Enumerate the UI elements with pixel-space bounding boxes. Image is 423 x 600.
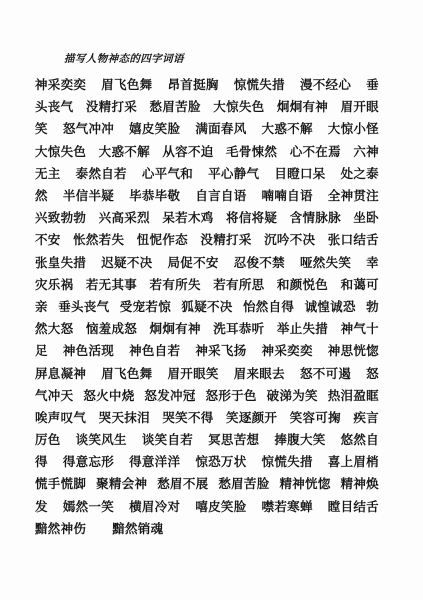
idiom-word: 兴高采烈	[99, 208, 150, 226]
idiom-word: 和蔼可	[341, 275, 379, 293]
idiom-line: 得得意忘形得意洋洋惊恐万状惊慌失措喜上眉梢	[35, 450, 379, 472]
idiom-word: 捧腹大笑	[274, 430, 325, 448]
idiom-word: 受宠若惊	[120, 297, 171, 315]
idiom-word: 勃	[366, 297, 379, 315]
idiom-word: 狐疑不决	[181, 297, 232, 315]
idiom-word: 喃喃自语	[262, 186, 313, 204]
idiom-word: 从容不迫	[162, 142, 213, 160]
idiom-word: 举止失措	[277, 319, 328, 337]
idiom-word: 黯然神伤	[35, 519, 86, 537]
idiom-word: 恼羞成怒	[86, 319, 137, 337]
idiom-word: 愁眉苦脸	[150, 97, 201, 115]
idiom-word: 怒发冲冠	[144, 386, 195, 404]
idiom-line: 亲垂头丧气受宠若惊狐疑不决怡然自得诚惶诚恐勃	[35, 295, 379, 317]
idiom-word: 嬉皮笑脸	[129, 119, 180, 137]
idiom-word: 局促不安	[167, 253, 218, 271]
idiom-line: 神采奕奕眉飞色舞昂首挺胸惊慌失措漫不经心垂	[35, 73, 379, 95]
idiom-word: 哑然失笑	[300, 253, 351, 271]
idiom-word: 得	[35, 452, 48, 470]
idiom-word: 幸	[366, 253, 379, 271]
idiom-word: 精神恍惚	[279, 474, 330, 492]
idiom-word: 漫不经心	[300, 75, 351, 93]
idiom-word: 哭笑不得	[162, 408, 213, 426]
idiom-word: 毛骨悚然	[226, 142, 277, 160]
idiom-word: 然	[35, 186, 48, 204]
idiom-word: 破涕为笑	[267, 386, 318, 404]
idiom-word: 聚精会神	[96, 474, 147, 492]
idiom-word: 精神焕	[341, 474, 379, 492]
idiom-word: 怒火中烧	[83, 386, 134, 404]
idiom-word: 目瞪口呆	[274, 164, 325, 182]
idiom-word: 全神贯注	[328, 186, 379, 204]
page-title: 描写人物神态的四字词语	[64, 51, 184, 66]
idiom-word: 没精打采	[86, 97, 137, 115]
idiom-word: 神采奕奕	[262, 341, 313, 359]
idiom-word: 发	[35, 497, 48, 515]
idiom-line: 气冲天怒火中烧怒发冲冠怒形于色破涕为笑热泪盈眶	[35, 384, 379, 406]
idiom-word: 横眉冷对	[129, 497, 180, 515]
idiom-word: 愁眉不展	[157, 474, 208, 492]
idiom-word: 神思恍惚	[328, 341, 379, 359]
idiom-line: 不安怅然若失忸怩作态没精打采沉吟不决张口结舌	[35, 228, 379, 250]
idiom-word: 笑容可掬	[290, 408, 341, 426]
idiom-word: 怒气冲冲	[63, 119, 114, 137]
idiom-word: 笑逐颜开	[226, 408, 277, 426]
idiom-word: 哭天抹泪	[99, 408, 150, 426]
idiom-word: 笑	[35, 119, 48, 137]
idiom-line: 兴致勃勃兴高采烈呆若木鸡将信将疑含情脉脉坐卧	[35, 206, 379, 228]
idiom-word: 忸怩作态	[137, 230, 188, 248]
idiom-word: 亲	[35, 297, 48, 315]
idiom-word: 眉开眼笑	[167, 364, 218, 382]
idiom-word: 足	[35, 341, 48, 359]
idiom-word: 垂	[366, 75, 379, 93]
idiom-word: 眉飞色舞	[101, 75, 152, 93]
idiom-word: 黯然销魂	[112, 519, 163, 537]
idiom-word: 若有所失	[150, 275, 201, 293]
idiom-word: 屏息凝神	[35, 364, 86, 382]
idiom-word: 头丧气	[35, 97, 73, 115]
idiom-word: 没精打采	[200, 230, 251, 248]
idiom-word: 坐卧	[353, 208, 379, 226]
idiom-word: 怡然自得	[243, 297, 294, 315]
idiom-word: 谈笑风生	[76, 430, 127, 448]
idiom-word: 气冲天	[35, 386, 73, 404]
idiom-word: 得意洋洋	[129, 452, 180, 470]
idiom-word: 唉声叹气	[35, 408, 86, 426]
idiom-word: 惊慌失措	[262, 452, 313, 470]
idiom-line: 唉声叹气哭天抹泪哭笑不得笑逐颜开笑容可掬疾言	[35, 406, 379, 428]
idiom-word: 大惑不解	[99, 142, 150, 160]
idiom-word: 惊恐万状	[195, 452, 246, 470]
idiom-word: 垂头丧气	[58, 297, 109, 315]
idiom-word: 毕恭毕敬	[129, 186, 180, 204]
idiom-word: 慌手慌脚	[35, 474, 86, 492]
idiom-word: 和颜悦色	[277, 275, 328, 293]
idiom-word: 满面春风	[195, 119, 246, 137]
idiom-word: 炯炯有神	[150, 319, 201, 337]
idiom-word: 迟疑不决	[101, 253, 152, 271]
idiom-word: 嘻皮笑脸	[195, 497, 246, 515]
idiom-word: 呆若木鸡	[162, 208, 213, 226]
idiom-word: 诚惶诚恐	[305, 297, 356, 315]
idiom-word: 神采奕奕	[35, 75, 86, 93]
idiom-word: 神气十	[341, 319, 379, 337]
idiom-word: 半信半疑	[63, 186, 114, 204]
idiom-line: 足神色活现神色自若神采飞扬神采奕奕神思恍惚	[35, 339, 379, 361]
idiom-word: 泰然自若	[76, 164, 127, 182]
idiom-word: 兴致勃勃	[35, 208, 86, 226]
idiom-line: 发嫣然一笑横眉冷对嘻皮笑脸噤若寒蝉瞠目结舌	[35, 495, 379, 517]
idiom-word: 将信将疑	[226, 208, 277, 226]
idiom-line: 然半信半疑毕恭毕敬自言自语喃喃自语全神贯注	[35, 184, 379, 206]
idiom-word: 六神	[353, 142, 379, 160]
idiom-word: 喜上眉梢	[328, 452, 379, 470]
idiom-word: 厉色	[35, 430, 61, 448]
idiom-word: 张皇失措	[35, 253, 86, 271]
idiom-word: 含情脉脉	[290, 208, 341, 226]
idiom-word: 得意忘形	[63, 452, 114, 470]
idiom-word: 谈笑自若	[142, 430, 193, 448]
idiom-word: 神采飞扬	[195, 341, 246, 359]
idiom-word: 疾言	[353, 408, 379, 426]
idiom-line: 慌手慌脚聚精会神愁眉不展愁眉苦脸精神恍惚精神焕	[35, 472, 379, 494]
idiom-word: 灾乐祸	[35, 275, 73, 293]
idiom-word: 眉开眼	[341, 97, 379, 115]
idiom-word: 昂首挺胸	[167, 75, 218, 93]
idiom-word: 瞠目结舌	[328, 497, 379, 515]
idiom-word: 自言自语	[195, 186, 246, 204]
idiom-word: 大惑不解	[262, 119, 313, 137]
idiom-word: 愁眉苦脸	[218, 474, 269, 492]
idiom-word: 怒	[366, 364, 379, 382]
idiom-word: 若无其事	[86, 275, 137, 293]
idiom-word: 心不在焉	[290, 142, 341, 160]
idiom-word: 炯炯有神	[277, 97, 328, 115]
idiom-word: 大惊小怪	[328, 119, 379, 137]
idiom-word: 若有所思	[213, 275, 264, 293]
idiom-word: 张口结舌	[328, 230, 379, 248]
idiom-word: 不安	[35, 230, 61, 248]
idiom-word: 无主	[35, 164, 61, 182]
idiom-word: 平心静气	[208, 164, 259, 182]
idiom-word: 怒不可遏	[300, 364, 351, 382]
idiom-word: 沉吟不决	[264, 230, 315, 248]
idiom-word: 悠然自	[341, 430, 379, 448]
idiom-line: 张皇失措迟疑不决局促不安忍俊不禁哑然失笑幸	[35, 251, 379, 273]
idiom-line: 厉色谈笑风生谈笑自若冥思苦想捧腹大笑悠然自	[35, 428, 379, 450]
idiom-word: 神色活现	[63, 341, 114, 359]
idiom-word: 然大怒	[35, 319, 73, 337]
idiom-word: 心平气和	[142, 164, 193, 182]
idiom-line: 无主泰然自若心平气和平心静气目瞪口呆处之泰	[35, 162, 379, 184]
idiom-word: 热泪盈眶	[328, 386, 379, 404]
idiom-line: 灾乐祸若无其事若有所失若有所思和颜悦色和蔼可	[35, 273, 379, 295]
idiom-word: 洗耳恭听	[213, 319, 264, 337]
idiom-list: 神采奕奕眉飞色舞昂首挺胸惊慌失措漫不经心垂头丧气没精打采愁眉苦脸大惊失色炯炯有神…	[35, 73, 379, 539]
idiom-line: 然大怒恼羞成怒炯炯有神洗耳恭听举止失措神气十	[35, 317, 379, 339]
idiom-word: 冥思苦想	[208, 430, 259, 448]
idiom-word: 嫣然一笑	[63, 497, 114, 515]
idiom-word: 神色自若	[129, 341, 180, 359]
document-page: 描写人物神态的四字词语 神采奕奕眉飞色舞昂首挺胸惊慌失措漫不经心垂头丧气没精打采…	[0, 0, 423, 600]
idiom-word: 大惊失色	[213, 97, 264, 115]
idiom-word: 忍俊不禁	[234, 253, 285, 271]
idiom-word: 眉飞色舞	[101, 364, 152, 382]
idiom-word: 怒形于色	[206, 386, 257, 404]
idiom-line: 屏息凝神眉飞色舞眉开眼笑眉来眼去怒不可遏怒	[35, 361, 379, 383]
idiom-line: 头丧气没精打采愁眉苦脸大惊失色炯炯有神眉开眼	[35, 95, 379, 117]
idiom-word: 处之泰	[341, 164, 379, 182]
idiom-word: 眉来眼去	[234, 364, 285, 382]
idiom-word: 大惊失色	[35, 142, 86, 160]
idiom-word: 噤若寒蝉	[262, 497, 313, 515]
idiom-line: 黯然神伤黯然销魂	[35, 517, 379, 539]
idiom-word: 惊慌失措	[234, 75, 285, 93]
idiom-word: 怅然若失	[73, 230, 124, 248]
idiom-line: 大惊失色大惑不解从容不迫毛骨悚然心不在焉六神	[35, 140, 379, 162]
idiom-line: 笑怒气冲冲嬉皮笑脸满面春风大惑不解大惊小怪	[35, 117, 379, 139]
